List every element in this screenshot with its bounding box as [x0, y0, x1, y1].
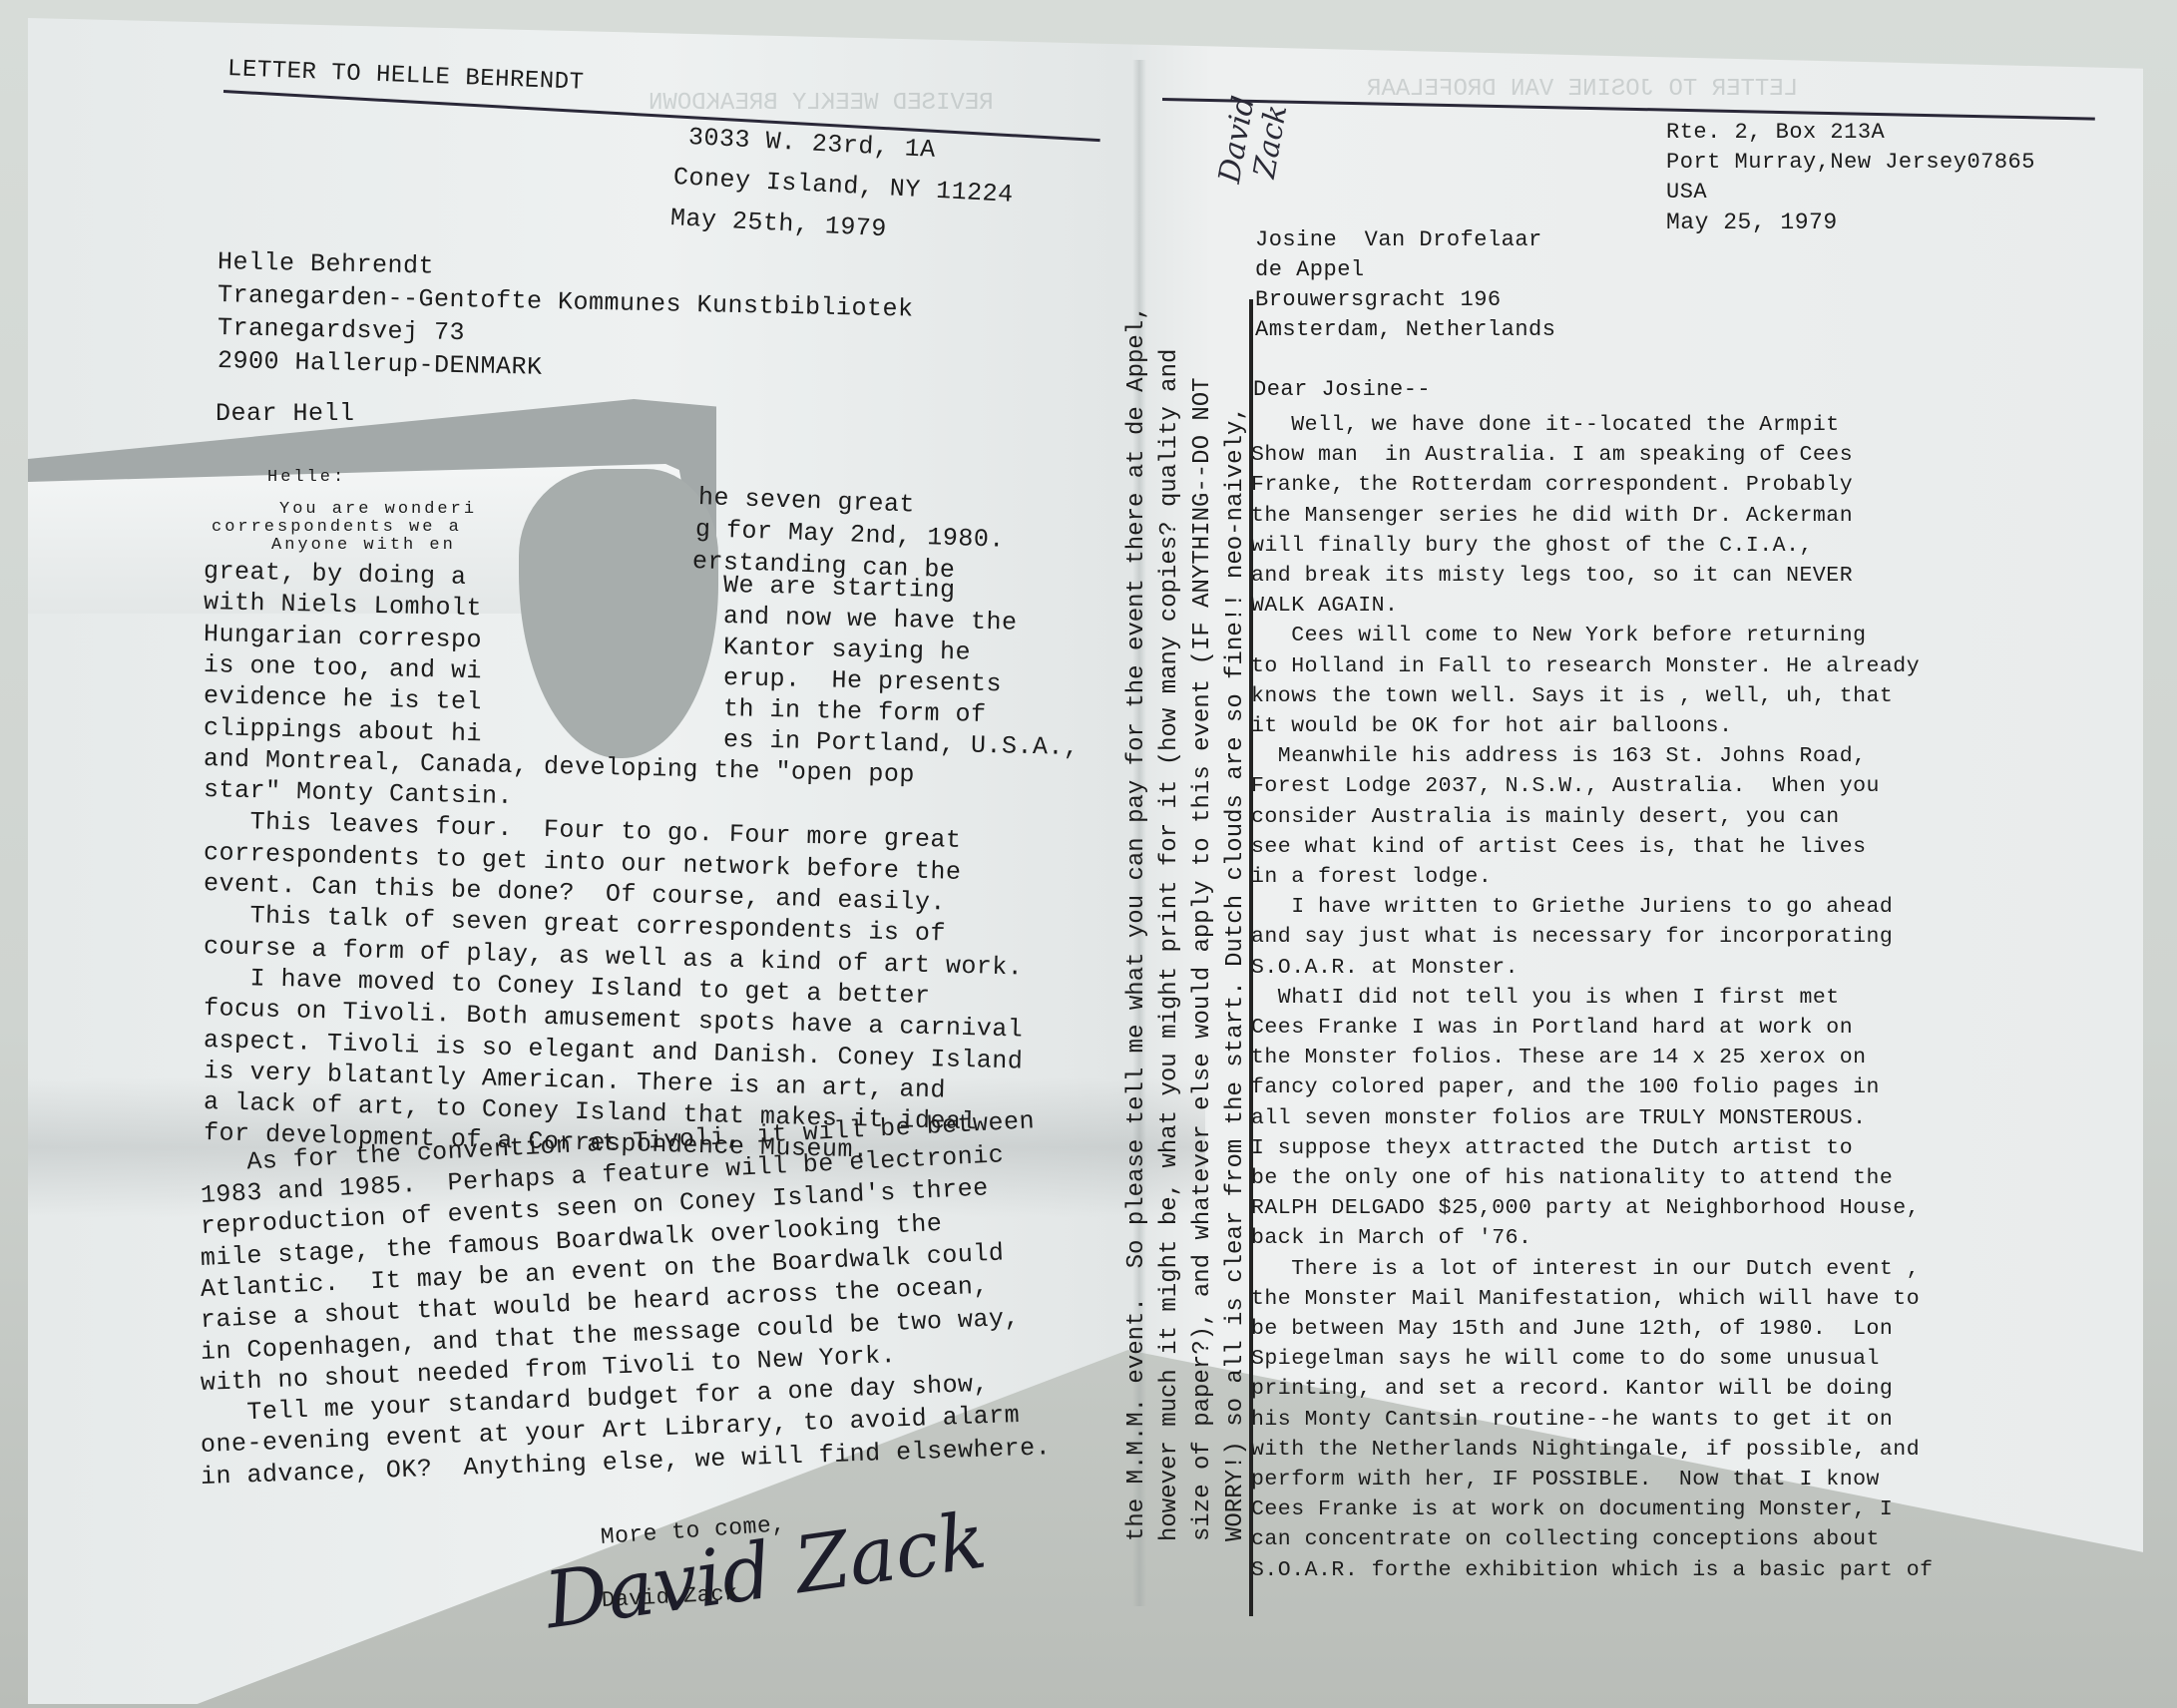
body-line-right-letter: his Monty Cantsin routine--he wants to g…	[1251, 1410, 1893, 1432]
body-line-right-letter: consider Australia is mainly desert, you…	[1251, 807, 1840, 829]
ghost-heading-right: LETTER TO JOSINE VAN DROFELAAR	[1367, 76, 1798, 103]
body-line-right-letter: see what kind of artist Cees is, that he…	[1251, 837, 1867, 859]
vertical-note-line: WORRY!) so all is clear from the start. …	[1224, 406, 1248, 1541]
recipient-line: 2900 Hallerup-DENMARK	[218, 348, 543, 380]
body-line-right-letter: WALK AGAIN.	[1251, 596, 1398, 618]
body-line-right-letter: back in March of '76.	[1251, 1228, 1531, 1250]
body-line-right-letter: I have written to Griethe Juriens to go …	[1251, 897, 1893, 919]
body-line: Hungarian correspo	[204, 622, 483, 652]
body-line-right-letter: I suppose theyx attracted the Dutch arti…	[1251, 1138, 1853, 1160]
recipient-line-right: de Appel	[1255, 259, 1365, 281]
body-line-right-letter: printing, and set a record. Kantor will …	[1251, 1379, 1893, 1401]
body-line-right-letter: Forest Lodge 2037, N.S.W., Australia. Wh…	[1251, 776, 1880, 798]
inset-salutation: Helle:	[267, 469, 346, 486]
body-line-right-letter: the Monster folios. These are 14 x 25 xe…	[1251, 1048, 1867, 1069]
body-line-right-letter: to Holland in Fall to research Monster. …	[1251, 656, 1920, 678]
body-line-right-letter: will finally bury the ghost of the C.I.A…	[1251, 536, 1813, 558]
inset-line: correspondents we a	[212, 519, 462, 536]
body-line-right-letter: in a forest lodge.	[1251, 867, 1492, 889]
body-line-right-letter: and break its misty legs too, so it can …	[1251, 566, 1853, 588]
body-line-right-letter: it would be OK for hot air balloons.	[1251, 716, 1732, 738]
body-line-right-letter: perform with her, IF POSSIBLE. Now that …	[1251, 1470, 1880, 1492]
body-line: great, by doing a	[204, 559, 483, 590]
recipient-line-right: Josine Van Drofelaar	[1255, 229, 1542, 251]
address-line-right: USA	[1666, 182, 1707, 204]
salutation-right: Dear Josine--	[1253, 379, 1431, 401]
body-line-right-letter: Show man in Australia. I am speaking of …	[1251, 445, 1853, 467]
letter-date-right: May 25, 1979	[1666, 212, 1838, 234]
body-line-right-letter: the Monster Mail Manifestation, which wi…	[1251, 1289, 1920, 1311]
body-line: clippings about hi	[204, 715, 483, 746]
body-line-right: es in Portland, U.S.A.,	[723, 727, 1080, 760]
body-line-right-letter: all seven monster folios are TRULY MONST…	[1251, 1108, 1867, 1130]
body-line-right-letter: knows the town well. Says it is , well, …	[1251, 686, 1893, 708]
recipient-line: Helle Behrendt	[218, 249, 435, 279]
address-line-right: Rte. 2, Box 213A	[1666, 122, 1885, 144]
body-line-right: th in the form of	[723, 696, 987, 727]
body-line-right: and now we have the	[723, 604, 1018, 636]
body-line-right-letter: Cees will come to New York before return…	[1251, 626, 1867, 647]
recipient-line-right: Amsterdam, Netherlands	[1255, 319, 1555, 341]
recipient-line-right: Brouwersgracht 196	[1255, 289, 1502, 311]
body-line-right: We are starting	[723, 573, 956, 603]
body-line-right-letter: S.O.A.R. forthe exhibition which is a ba…	[1251, 1560, 1934, 1582]
body-line-right: erup. He presents	[723, 665, 1003, 696]
recipient-line: Tranegardsvej 73	[218, 315, 466, 345]
body-line-right-letter: Cees Franke is at work on documenting Mo…	[1251, 1499, 1893, 1521]
body-line-right-letter: Meanwhile his address is 163 St. Johns R…	[1251, 746, 1867, 768]
vertical-note-line: however much it might be, what you might…	[1158, 349, 1182, 1541]
body-line-right-letter: fancy colored paper, and the 100 folio p…	[1251, 1077, 1880, 1099]
inset-line: Anyone with en	[271, 537, 456, 554]
ghost-heading-left: REVISED WEEKLY BREAKDOWN	[649, 90, 994, 117]
body-line-right-letter: be the only one of his nationality to at…	[1251, 1168, 1893, 1190]
body-line-right-letter: the Mansenger series he did with Dr. Ack…	[1251, 506, 1853, 528]
body-line-right-letter: with the Netherlands Nightingale, if pos…	[1251, 1440, 1920, 1462]
body-line-right-letter: Cees Franke I was in Portland hard at wo…	[1251, 1018, 1853, 1040]
body-line-right-letter: Spiegelman says he will come to do some …	[1251, 1349, 1880, 1371]
body-line-right-letter: RALPH DELGADO $25,000 party at Neighborh…	[1251, 1198, 1920, 1220]
body-line: with Niels Lomholt	[204, 590, 483, 621]
body-line-right: Kantor saying he	[723, 635, 972, 665]
vertical-note-line: size of paper?), and whatever else would…	[1191, 377, 1215, 1541]
address-line-right: Port Murray,New Jersey07865	[1666, 152, 2035, 174]
salutation-partial: Dear Hell	[216, 401, 355, 426]
body-line-right-letter: and say just what is necessary for incor…	[1251, 927, 1893, 949]
body-line-right-letter: There is a lot of interest in our Dutch …	[1251, 1259, 1920, 1281]
inset-right-line: he seven great	[698, 485, 916, 518]
body-line-right-letter: Franke, the Rotterdam correspondent. Pro…	[1251, 475, 1853, 497]
inset-line: You are wonderi	[279, 501, 477, 518]
body-line-right-letter: be between May 15th and June 12th, of 19…	[1251, 1319, 1893, 1341]
body-line-right-letter: Well, we have done it--located the Armpi…	[1251, 415, 1840, 437]
body-line-right-letter: WhatI did not tell you is when I first m…	[1251, 988, 1840, 1010]
body-line: star" Monty Cantsin.	[204, 777, 514, 809]
vertical-note-line: the M.M.M. event. So please tell me what…	[1125, 305, 1149, 1541]
body-line: is one too, and wi	[204, 652, 483, 683]
body-line-right-letter: can concentrate on collecting conception…	[1251, 1529, 1880, 1551]
body-line-right-letter: S.O.A.R. at Monster.	[1251, 958, 1519, 980]
body-line: evidence he is tel	[204, 683, 483, 714]
